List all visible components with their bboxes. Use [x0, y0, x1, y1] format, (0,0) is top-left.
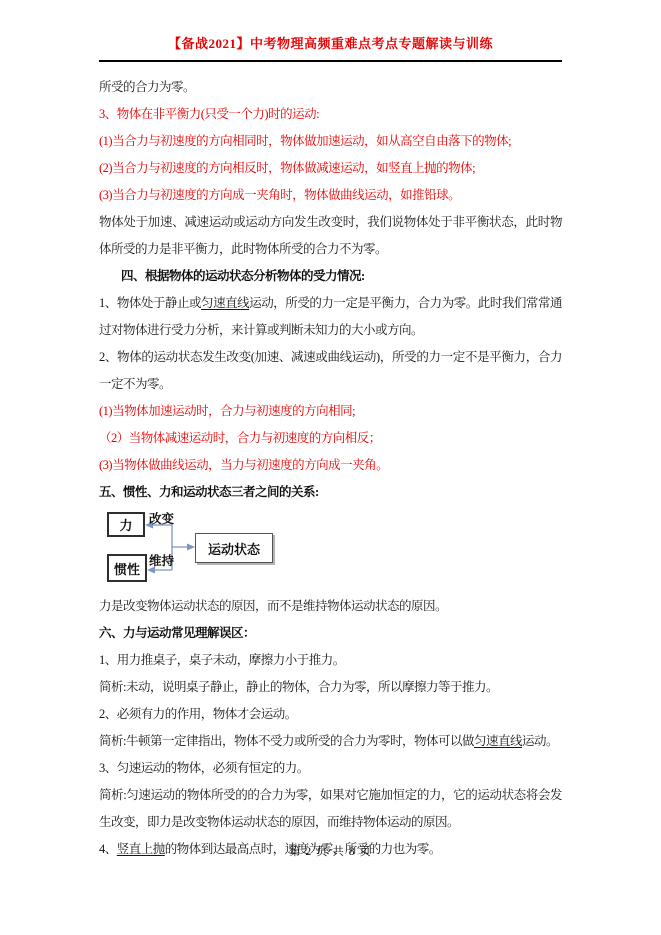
text-segment: 2、物体的运动状态发生改变(加速、减速或曲线运动)，所受的力一定不是平衡力，合力… — [99, 350, 562, 391]
text-segment: （2）当物体减速运动时，合力与初速度的方向相反； — [99, 431, 381, 445]
text-segment: 简析:牛顿第一定律指出，物体不受力或所受的合力为零时，物体可以做 — [99, 734, 474, 748]
text-segment: (1)当合力与初速度的方向相同时，物体做加速运动，如从高空自由落下的物体; — [99, 134, 511, 148]
paragraph: （2）当物体减速运动时，合力与初速度的方向相反； — [99, 425, 562, 452]
underlined-term: 匀速直线 — [474, 734, 522, 748]
paragraph: (2)当合力与初速度的方向相反时，物体做减速运动，如竖直上抛的物体; — [99, 155, 562, 182]
text-segment: 所受的合力为零。 — [99, 80, 195, 94]
maintain-arrow-label: 维持 — [149, 553, 174, 569]
arrowhead-right-motion — [187, 544, 195, 551]
force-box: 力 — [107, 512, 145, 537]
paragraph: 力是改变物体运动状态的原因，而不是维持物体运动状态的原因。 — [99, 593, 562, 620]
section-heading: 四、根据物体的运动状态分析物体的受力情况: — [99, 263, 562, 290]
text-segment: (3)当物体做曲线运动，当力与初速度的方向成一夹角。 — [99, 458, 388, 472]
document-body: 所受的合力为零。3、物体在非平衡力(只受一个力)时的运动:(1)当合力与初速度的… — [99, 74, 562, 863]
text-segment: 简析:匀速运动的物体所受的的合力为零，如果对它施加恒定的力，它的运动状态将会发生… — [99, 788, 562, 829]
paragraph: 简析:匀速运动的物体所受的的合力为零，如果对它施加恒定的力，它的运动状态将会发生… — [99, 782, 562, 836]
header-divider-line — [99, 60, 562, 62]
section-heading: 六、力与运动常见理解误区： — [99, 620, 562, 647]
paragraph: 所受的合力为零。 — [99, 74, 562, 101]
text-segment: 1、用力推桌子，桌子未动，摩擦力小于推力。 — [99, 653, 345, 667]
relationship-diagram: 力 惯性 运动状态 改变 维持 — [99, 510, 562, 588]
paragraph: 1、物体处于静止或匀速直线运动，所受的力一定是平衡力，合力为零。此时我们常常通过… — [99, 290, 562, 344]
text-segment: 力是改变物体运动状态的原因，而不是维持物体运动状态的原因。 — [99, 599, 447, 613]
paragraph: (3)当物体做曲线运动，当力与初速度的方向成一夹角。 — [99, 452, 562, 479]
paragraph: 1、用力推桌子，桌子未动，摩擦力小于推力。 — [99, 647, 562, 674]
inertia-box: 惯性 — [107, 554, 147, 582]
paragraph: 3、匀速运动的物体，必须有恒定的力。 — [99, 755, 562, 782]
paragraph: 2、必须有力的作用，物体才会运动。 — [99, 701, 562, 728]
text-segment: 3、物体在非平衡力(只受一个力)时的运动: — [99, 107, 319, 121]
text-segment: 运动。 — [522, 734, 558, 748]
text-blocks-before-figure: 所受的合力为零。3、物体在非平衡力(只受一个力)时的运动:(1)当合力与初速度的… — [99, 74, 562, 506]
paragraph: 简析:未动，说明桌子静止，静止的物体，合力为零，所以摩擦力等于推力。 — [99, 674, 562, 701]
paragraph: (3)当合力与初速度的方向成一夹角时，物体做曲线运动，如推铅球。 — [99, 182, 562, 209]
text-segment: 简析:未动，说明桌子静止，静止的物体，合力为零，所以摩擦力等于推力。 — [99, 680, 498, 694]
underlined-term: 匀速直线 — [201, 296, 249, 310]
paragraph: 2、物体的运动状态发生改变(加速、减速或曲线运动)，所受的力一定不是平衡力，合力… — [99, 344, 562, 398]
text-blocks-after-figure: 力是改变物体运动状态的原因，而不是维持物体运动状态的原因。六、力与运动常见理解误… — [99, 593, 562, 863]
text-segment: 四、根据物体的运动状态分析物体的受力情况: — [121, 269, 365, 283]
text-segment: 六、力与运动常见理解误区： — [99, 626, 255, 640]
text-segment: 1、物体处于静止或 — [99, 296, 201, 310]
page-number-footer: 第 2 页 共 8 页 — [0, 843, 661, 859]
text-segment: 3、匀速运动的物体，必须有恒定的力。 — [99, 761, 309, 775]
section-heading: 五、惯性、力和运动状态三者之间的关系: — [99, 479, 562, 506]
page-header-title: 【备战2021】中考物理高频重难点考点专题解读与训练 — [99, 33, 562, 52]
text-segment: (2)当合力与初速度的方向相反时，物体做减速运动，如竖直上抛的物体; — [99, 161, 475, 175]
change-arrow-label: 改变 — [149, 511, 174, 527]
text-segment: (3)当合力与初速度的方向成一夹角时，物体做曲线运动，如推铅球。 — [99, 188, 460, 202]
text-segment: 物体处于加速、减速运动或运动方向发生改变时，我们说物体处于非平衡状态，此时物体所… — [99, 215, 562, 256]
text-segment: (1)当物体加速运动时，合力与初速度的方向相同; — [99, 404, 355, 418]
paragraph: 简析:牛顿第一定律指出，物体不受力或所受的合力为零时，物体可以做匀速直线运动。 — [99, 728, 562, 755]
text-segment: 2、必须有力的作用，物体才会运动。 — [99, 707, 297, 721]
paragraph: (1)当合力与初速度的方向相同时，物体做加速运动，如从高空自由落下的物体; — [99, 128, 562, 155]
paragraph: 3、物体在非平衡力(只受一个力)时的运动: — [99, 101, 562, 128]
motion-state-box: 运动状态 — [195, 533, 273, 563]
text-segment: 五、惯性、力和运动状态三者之间的关系: — [99, 485, 319, 499]
paragraph: (1)当物体加速运动时，合力与初速度的方向相同; — [99, 398, 562, 425]
paragraph: 物体处于加速、减速运动或运动方向发生改变时，我们说物体处于非平衡状态，此时物体所… — [99, 209, 562, 263]
